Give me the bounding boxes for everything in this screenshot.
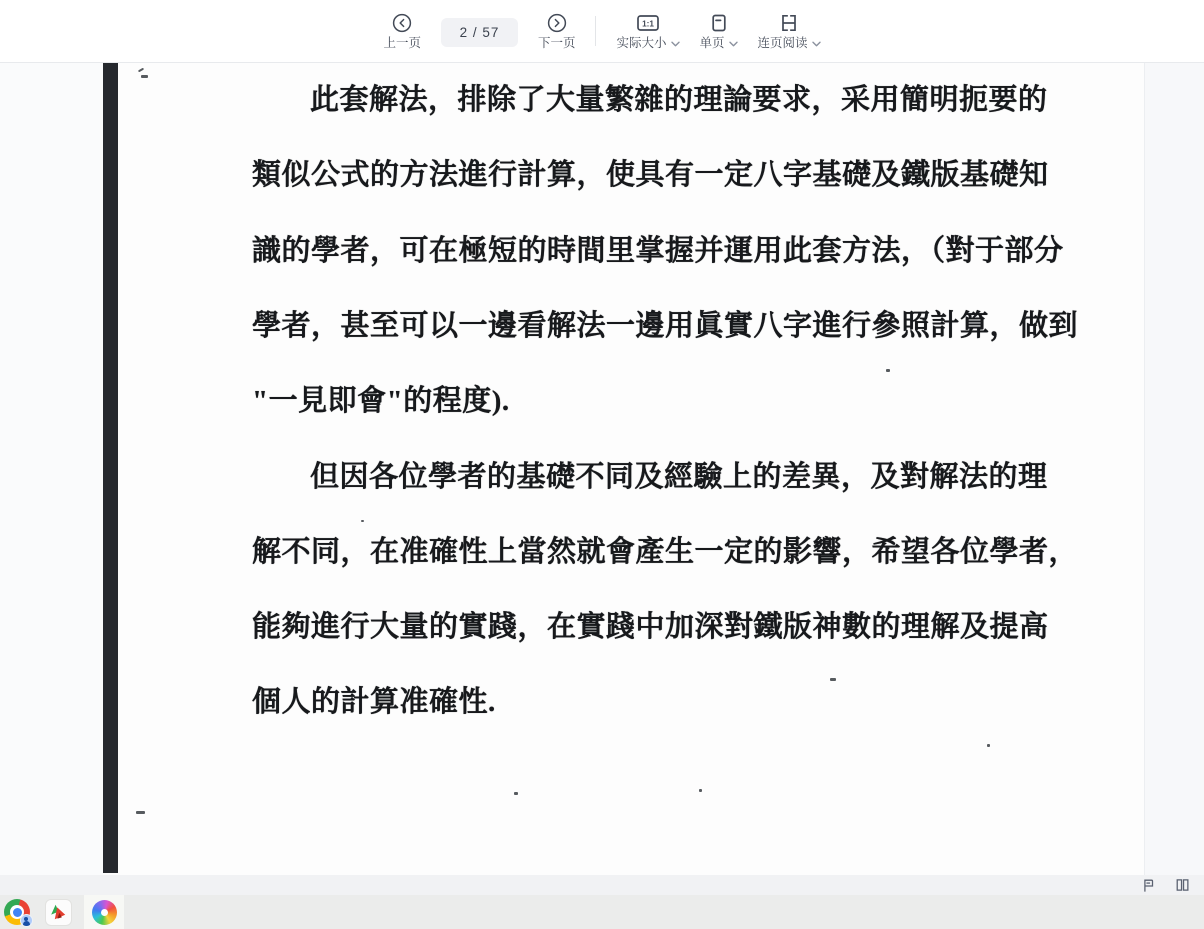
annotation-flag-button[interactable]	[1140, 877, 1157, 893]
actual-size-label: 实际大小	[616, 37, 679, 50]
chevron-down-icon	[671, 41, 680, 47]
scan-text-line: 能夠進行大量的實踐，在實踐中加深對鐵版神數的理解及提高	[252, 612, 1049, 643]
scan-speck	[141, 75, 148, 78]
scan-speck	[830, 678, 836, 681]
taskbar-media-app-icon[interactable]	[41, 895, 75, 929]
rainbow-pinwheel-icon	[92, 900, 117, 925]
scan-text-line: 個人的計算准確性.	[252, 687, 496, 718]
chrome-logo-icon	[4, 899, 30, 925]
chrome-profile-badge	[20, 914, 33, 927]
viewer-left-gutter	[0, 63, 103, 875]
media-app-logo-icon	[48, 902, 68, 922]
continuous-reading-dropdown-button[interactable]: 连页阅读	[758, 13, 821, 50]
two-page-view-button[interactable]	[1174, 877, 1191, 893]
scan-text-line: "一見即會"的程度).	[252, 386, 510, 417]
toolbar-divider	[595, 16, 596, 46]
svg-text:1:1: 1:1	[642, 19, 654, 28]
flag-bookmark-icon	[1140, 877, 1157, 893]
side-by-side-pages-icon	[1174, 877, 1191, 893]
circle-chevron-left-icon	[392, 13, 412, 33]
scan-binding-edge	[103, 63, 118, 873]
pdf-viewer-window: 上一页 2 / 57 下一页 1:1 实际大小	[0, 0, 1204, 929]
scan-text-line: 此套解法，排除了大量繁雜的理論要求，采用簡明扼要的	[310, 85, 1048, 116]
scan-speck	[699, 789, 702, 792]
continuous-reading-label: 连页阅读	[758, 37, 821, 50]
chevron-down-icon	[729, 41, 738, 47]
page-number-input[interactable]: 2 / 57	[441, 18, 518, 47]
scanned-page: 此套解法，排除了大量繁雜的理論要求，采用簡明扼要的類似公式的方法進行計算，使具有…	[103, 63, 1145, 875]
scan-text-line: 學者，甚至可以一邊看解法一邊用眞實八字進行參照計算，做到	[252, 311, 1078, 342]
taskbar-active-browser-icon[interactable]	[84, 895, 124, 929]
next-page-label: 下一页	[538, 37, 576, 50]
scan-text-line: 但因各位學者的基礎不同及經驗上的差異，及對解法的理	[310, 462, 1048, 493]
single-page-icon	[709, 13, 729, 33]
page-indicator: 2 / 57	[460, 25, 500, 40]
scan-text-line: 解不同，在准確性上當然就會產生一定的影響，希望各位學者，	[252, 537, 1078, 568]
viewer-statusbar	[0, 875, 1204, 895]
scan-text-line: 類似公式的方法進行計算，使具有一定八字基礎及鐵版基礎知	[252, 160, 1049, 191]
next-page-button[interactable]: 下一页	[538, 13, 576, 50]
scan-text-line: 識的學者，可在極短的時間里掌握并運用此套方法，（對于部分	[252, 236, 1064, 267]
facing-pages-icon	[779, 13, 799, 33]
media-app-tile	[45, 899, 72, 926]
one-to-one-icon: 1:1	[636, 13, 660, 33]
scan-speck	[361, 520, 364, 522]
scan-speck	[987, 744, 990, 747]
viewer-toolbar: 上一页 2 / 57 下一页 1:1 实际大小	[0, 0, 1204, 63]
scan-speck	[886, 369, 890, 372]
actual-size-dropdown-button[interactable]: 1:1 实际大小	[616, 13, 679, 50]
single-page-label: 单页	[700, 37, 738, 50]
scan-speck	[138, 68, 144, 73]
scan-speck	[136, 811, 145, 814]
scan-speck	[514, 792, 518, 795]
chevron-down-icon	[812, 41, 821, 47]
os-taskbar	[0, 895, 1204, 929]
circle-chevron-right-icon	[547, 13, 567, 33]
prev-page-label: 上一页	[383, 37, 421, 50]
prev-page-button[interactable]: 上一页	[383, 13, 421, 50]
single-page-dropdown-button[interactable]: 单页	[700, 13, 738, 50]
taskbar-chrome-icon[interactable]	[1, 895, 33, 929]
document-viewport[interactable]: 此套解法，排除了大量繁雜的理論要求，采用簡明扼要的類似公式的方法進行計算，使具有…	[0, 63, 1204, 875]
